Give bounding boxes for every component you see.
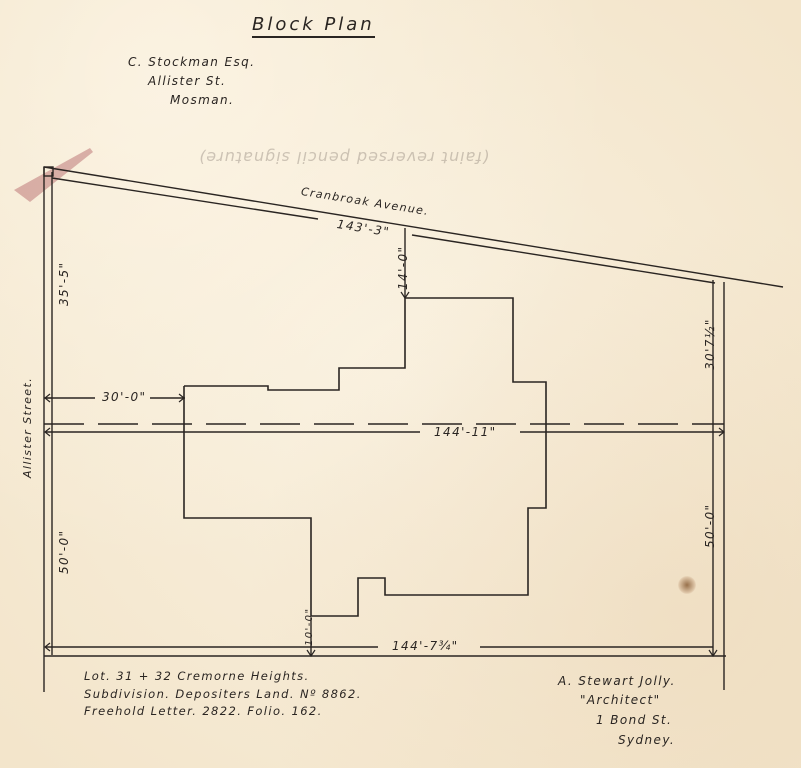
dim-setback-front: 30'-0" [102,391,146,403]
dim-bottom-frontage: 144'-7¾" [392,640,459,652]
dim-right-upper: 30'7½" [704,318,716,370]
dim-setback-top: 14'-0" [397,246,409,290]
paper-stain [678,576,696,594]
avenue-boundary-inner-2 [412,235,715,283]
architect-address: 1 Bond St. [596,714,672,726]
dim-setback-bottom: 10'-0" [305,608,315,646]
house-footprint [184,298,546,616]
client-suburb: Mosman. [170,94,234,106]
lot-note-line: Lot. 31 + 32 Cremorne Heights. [84,668,362,686]
street-label-left: Allister Street. [22,377,33,478]
avenue-boundary-inner [52,178,318,219]
lot-note-line: Freehold Letter. 2822. Folio. 162. [84,703,362,721]
client-street: Allister St. [148,75,226,87]
dim-right-lower: 50'-0" [704,504,716,548]
avenue-boundary-outer [44,167,783,287]
dim-left-lower: 50'-0" [58,530,70,574]
page-title: Block Plan [252,16,375,38]
pencil-signature: (faint reversed pencil signature) [198,148,489,167]
architect-city: Sydney. [618,734,675,746]
client-name: C. Stockman Esq. [128,56,255,68]
lot-notes: Lot. 31 + 32 Cremorne Heights. Subdivisi… [84,668,362,721]
lot-note-line: Subdivision. Depositers Land. Nº 8862. [84,686,362,704]
dim-middle-line: 144'-11" [434,426,497,438]
dim-left-upper: 35'-5" [58,262,70,306]
block-plan-sheet: (faint reversed pencil signature) Block … [0,0,801,768]
architect-name: A. Stewart Jolly. [558,675,676,687]
architect-role: "Architect" [580,694,661,706]
